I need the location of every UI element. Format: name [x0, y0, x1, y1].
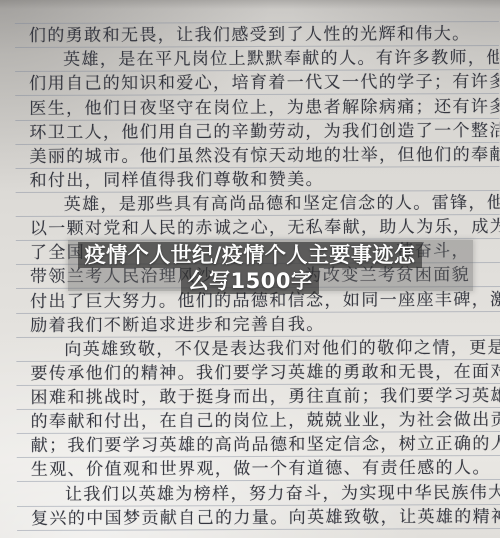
handwriting-text: 困难和挑战时，敢于挺身而出，勇往直前；我们要学习英雄	[30, 386, 500, 408]
handwriting-line: 向英雄致敬，不仅是表达我们对他们的敬仰之情，更是	[16, 336, 500, 362]
handwriting-line: 美丽的城市。他们虽然没有惊天动地的壮举，但他们的奉献	[15, 143, 499, 169]
handwriting-text: 英雄，是在平凡岗位上默默奉献的人。有许多教师，他	[63, 48, 499, 70]
handwriting-line: 让我们以英雄为榜样，努力奋斗，为实现中华民族伟大	[17, 480, 500, 506]
handwriting-line: 复兴的中国梦贡献自己的力量。向英雄致敬，让英雄的精神	[17, 504, 500, 530]
handwriting-line: 英雄，是在平凡岗位上默默奉献的人。有许多教师，他	[15, 46, 499, 72]
handwriting-text: 美丽的城市。他们虽然没有惊天动地的壮举，但他们的奉献	[29, 145, 499, 167]
handwriting-line: 环卫工人，他们用自己的辛勤劳动，为我们创造了一个整洁	[15, 118, 499, 144]
handwriting-line: 以一颗对党和人民的赤诚之心，无私奉献，助人为乐，成为	[16, 215, 500, 241]
handwriting-text: 环卫工人，他们用自己的辛勤劳动，为我们创造了一个整洁	[29, 121, 499, 143]
handwriting-text: 向英雄致敬，不仅是表达我们对他们的敬仰之情，更是	[64, 338, 500, 360]
handwriting-text: 英雄，是那些具有高尚品德和坚定信念的人。雷锋，他	[64, 193, 500, 215]
handwriting-line: 们用自己的知识和爱心，培育着一代又一代的学子；有许多	[15, 70, 499, 96]
handwriting-text: 们的勇敢和无畏，让我们感受到了人性的光辉和伟大。	[29, 24, 471, 46]
handwriting-line: 的奉献和付出，在自己的岗位上，兢兢业业，为社会做出贡	[17, 408, 500, 434]
caption-line-2: 么写1500字	[181, 268, 320, 294]
handwriting-text: 和付出，同样值得我们尊敬和赞美。	[30, 170, 324, 191]
handwriting-text: 生观、价值观和世界观，做一个有道德、有责任感的人。	[31, 458, 491, 480]
handwriting-line: 英雄，是那些具有高尚品德和坚定信念的人。雷锋，他	[16, 191, 500, 217]
handwriting-text: 要传承他们的精神。我们要学习英雄的勇敢和无畏，在面对	[30, 362, 500, 384]
handwriting-text: 让我们以英雄为榜样，努力奋斗，为实现中华民族伟大	[65, 482, 500, 504]
handwriting-line: 献；我们要学习英雄的高尚品德和坚定信念，树立正确的人	[17, 432, 500, 458]
video-caption: 疫情个人世纪/疫情个人主要事迹怎 么写1500字	[0, 242, 500, 294]
handwriting-line: 励着我们不断追求进步和完善自我。	[16, 311, 500, 337]
handwriting-line: 要传承他们的精神。我们要学习英雄的勇敢和无畏，在面对	[16, 360, 500, 386]
handwriting-text: 以一颗对党和人民的赤诚之心，无私奉献，助人为乐，成为	[30, 217, 500, 239]
handwriting-text: 励着我们不断追求进步和完善自我。	[30, 314, 324, 335]
handwriting-text: 们用自己的知识和爱心，培育着一代又一代的学子；有许多	[29, 72, 499, 94]
handwriting-text: 医生，他们日夜坚守在岗位上，为患者解除病痛；还有许多	[29, 96, 499, 118]
handwriting-line: 医生，他们日夜坚守在岗位上，为患者解除病痛；还有许多	[15, 94, 499, 120]
handwritten-essay-photo: 们的勇敢和无畏，让我们感受到了人性的光辉和伟大。英雄，是在平凡岗位上默默奉献的人…	[0, 0, 500, 538]
handwriting-line: 生观、价值观和世界观，做一个有道德、有责任感的人。	[17, 456, 500, 482]
handwriting-text: 复兴的中国梦贡献自己的力量。向英雄致敬，让英雄的精神	[31, 507, 500, 529]
handwriting-line: 和付出，同样值得我们尊敬和赞美。	[16, 167, 500, 193]
handwriting-text: 的奉献和付出，在自己的岗位上，兢兢业业，为社会做出贡	[31, 410, 500, 432]
handwriting-text: 献；我们要学习英雄的高尚品德和坚定信念，树立正确的人	[31, 434, 500, 456]
caption-line-1: 疫情个人世纪/疫情个人主要事迹怎	[78, 242, 423, 268]
handwriting-line: 们的勇敢和无畏，让我们感受到了人性的光辉和伟大。	[15, 22, 499, 48]
handwriting-line: 困难和挑战时，敢于挺身而出，勇往直前；我们要学习英雄	[16, 384, 500, 410]
